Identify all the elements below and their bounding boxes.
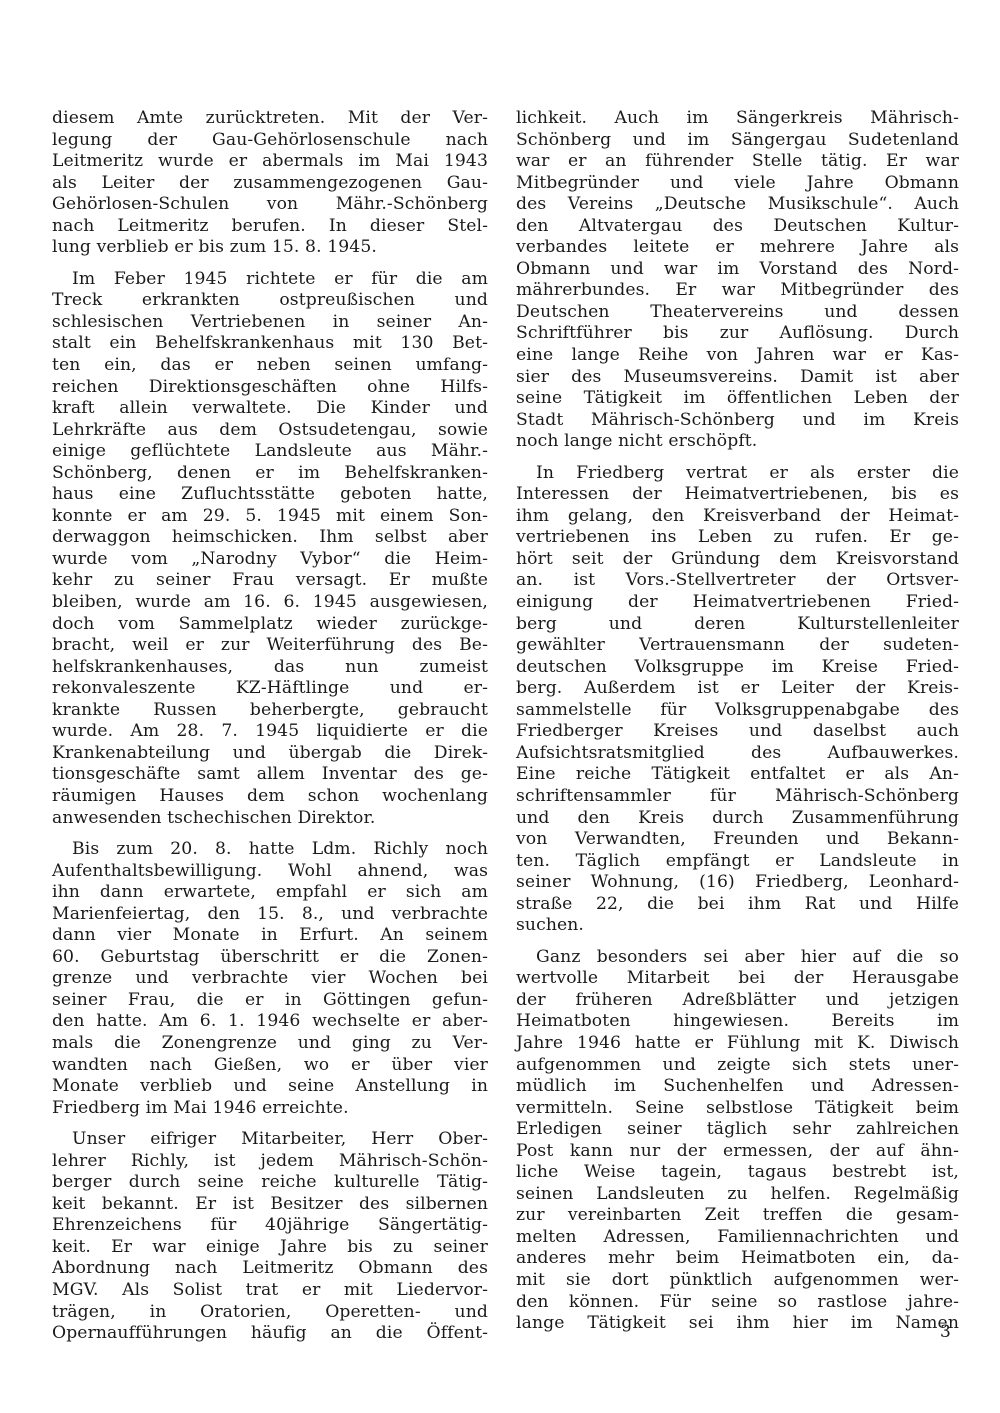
text-line: berger durch seine reiche kulturelle Tät… <box>52 1172 488 1194</box>
text-line: Gehörlosen-Schulen von Mähr.-Schönberg <box>52 194 488 216</box>
paragraph: Unser eifriger Mitarbeiter, Herr Ober-le… <box>52 1129 488 1344</box>
text-line: grenze und verbrachte vier Wochen bei <box>52 968 488 990</box>
text-line: Aufenthaltsbewilligung. Wohl ahnend, was <box>52 861 488 883</box>
text-line: Ganz besonders sei aber hier auf die so <box>516 947 959 969</box>
text-line: Lehrkräfte aus dem Ostsudetengau, sowie <box>52 420 488 442</box>
text-line: mährerbundes. Er war Mitbegründer des <box>516 280 959 302</box>
text-line: hört seit der Gründung dem Kreisvorstand <box>516 549 959 571</box>
text-line: Abordnung nach Leitmeritz Obmann des <box>52 1258 488 1280</box>
text-line: der früheren Adreßblätter und jetzigen <box>516 990 959 1012</box>
text-line: deutschen Volksgruppe im Kreise Fried- <box>516 657 959 679</box>
text-line: seine Tätigkeit im öffentlichen Leben de… <box>516 388 959 410</box>
text-line: konnte er am 29. 5. 1945 mit einem Son- <box>52 506 488 528</box>
paragraph: In Friedberg vertrat er als erster dieIn… <box>516 463 959 937</box>
text-line: Erledigen seiner täglich sehr zahlreiche… <box>516 1119 959 1141</box>
text-line: Post kann nur der ermessen, der auf ähn- <box>516 1141 959 1163</box>
text-line: vermitteln. Seine selbstlose Tätigkeit b… <box>516 1098 959 1120</box>
text-line: derwaggon heimschicken. Ihm selbst aber <box>52 527 488 549</box>
paragraph: diesem Amte zurücktreten. Mit der Ver-le… <box>52 108 488 259</box>
text-line: ten ein, das er neben seinen umfang- <box>52 355 488 377</box>
text-line: Im Feber 1945 richtete er für die am <box>52 269 488 291</box>
text-line: seiner Wohnung, (16) Friedberg, Leonhard… <box>516 872 959 894</box>
text-line: Friedberger Kreises und daselbst auch <box>516 721 959 743</box>
text-line: bracht, weil er zur Weiterführung des Be… <box>52 635 488 657</box>
text-line: Eine reiche Tätigkeit entfaltet er als A… <box>516 764 959 786</box>
text-line: Marienfeiertag, den 15. 8., und verbrach… <box>52 904 488 926</box>
text-line: Opernaufführungen häufig an die Öffent- <box>52 1323 488 1345</box>
text-line: sier des Museumsvereins. Damit ist aber <box>516 367 959 389</box>
text-line: diesem Amte zurücktreten. Mit der Ver- <box>52 108 488 130</box>
text-line: räumigen Hauses dem schon wochenlang <box>52 786 488 808</box>
text-line: bleiben, wurde am 16. 6. 1945 ausgewiese… <box>52 592 488 614</box>
text-line: des Vereins „Deutsche Musikschule“. Auch <box>516 194 959 216</box>
text-line: einige geflüchtete Landsleute aus Mähr.- <box>52 441 488 463</box>
text-line: Stadt Mährisch-Schönberg und im Kreis <box>516 410 959 432</box>
text-line: den können. Für seine so rastlose jahre- <box>516 1292 959 1314</box>
text-line: MGV. Als Solist trat er mit Liedervor- <box>52 1280 488 1302</box>
text-line: Schönberg und im Sängergau Sudetenland <box>516 130 959 152</box>
text-line: kraft allein verwaltete. Die Kinder und <box>52 398 488 420</box>
text-line: keit bekannt. Er ist Besitzer des silber… <box>52 1194 488 1216</box>
text-line: gewählter Vertrauensmann der sudeten- <box>516 635 959 657</box>
text-line: Krankenabteilung und übergab die Direk- <box>52 743 488 765</box>
text-column-right: lichkeit. Auch im Sängerkreis Mährisch-S… <box>516 108 959 1335</box>
text-line: Schönberg, denen er im Behelfskranken- <box>52 463 488 485</box>
paragraph: Im Feber 1945 richtete er für die amTrec… <box>52 269 488 829</box>
text-line: Treck erkrankten ostpreußischen und <box>52 290 488 312</box>
text-line: wertvolle Mitarbeit bei der Herausgabe <box>516 968 959 990</box>
text-line: anwesenden tschechischen Direktor. <box>52 808 488 830</box>
text-line: 60. Geburtstag überschritt er die Zonen- <box>52 947 488 969</box>
text-line: Jahre 1946 hatte er Fühlung mit K. Diwis… <box>516 1033 959 1055</box>
text-line: den Altvatergau des Deutschen Kultur- <box>516 216 959 238</box>
text-line: berg. Außerdem ist er Leiter der Kreis- <box>516 678 959 700</box>
text-line: müdlich im Suchenhelfen und Adressen- <box>516 1076 959 1098</box>
text-line: Obmann und war im Vorstand des Nord- <box>516 259 959 281</box>
text-line: Leitmeritz wurde er abermals im Mai 1943 <box>52 151 488 173</box>
text-line: keit. Er war einige Jahre bis zu seiner <box>52 1237 488 1259</box>
text-line: anderes mehr beim Heimatboten ein, da- <box>516 1248 959 1270</box>
text-line: seinen Landsleuten zu helfen. Regelmäßig <box>516 1184 959 1206</box>
paragraph: Bis zum 20. 8. hatte Ldm. Richly nochAuf… <box>52 839 488 1119</box>
text-line: lehrer Richly, ist jedem Mährisch-Schön- <box>52 1151 488 1173</box>
document-page: diesem Amte zurücktreten. Mit der Ver-le… <box>0 0 1000 1413</box>
text-line: In Friedberg vertrat er als erster die <box>516 463 959 485</box>
text-column-left: diesem Amte zurücktreten. Mit der Ver-le… <box>52 108 488 1345</box>
text-line: haus eine Zufluchtsstätte geboten hatte, <box>52 484 488 506</box>
text-line: wandten nach Gießen, wo er über vier <box>52 1055 488 1077</box>
text-line: helfskrankenhauses, das nun zumeist <box>52 657 488 679</box>
text-line: Ehrenzeichens für 40jährige Sängertätig- <box>52 1215 488 1237</box>
text-line: nach Leitmeritz berufen. In dieser Stel- <box>52 216 488 238</box>
text-line: lange Tätigkeit sei ihm hier im Namen <box>516 1313 959 1335</box>
text-line: Interessen der Heimatvertriebenen, bis e… <box>516 484 959 506</box>
text-line: aufgenommen und zeigte sich stets uner- <box>516 1055 959 1077</box>
text-line: verbandes leitete er mehrere Jahre als <box>516 237 959 259</box>
text-line: liche Weise tagein, tagaus bestrebt ist, <box>516 1162 959 1184</box>
text-line: von Verwandten, Freunden und Bekann- <box>516 829 959 851</box>
text-line: wurde. Am 28. 7. 1945 liquidierte er die <box>52 721 488 743</box>
text-line: Unser eifriger Mitarbeiter, Herr Ober- <box>52 1129 488 1151</box>
paragraph: lichkeit. Auch im Sängerkreis Mährisch-S… <box>516 108 959 453</box>
text-line: berg und deren Kulturstellenleiter <box>516 614 959 636</box>
text-line: noch lange nicht erschöpft. <box>516 431 959 453</box>
text-line: mit sie dort pünktlich aufgenommen wer- <box>516 1270 959 1292</box>
page-number: 3 <box>940 1322 951 1342</box>
text-line: seiner Frau, die er in Göttingen gefun- <box>52 990 488 1012</box>
text-line: stalt ein Behelfskrankenhaus mit 130 Bet… <box>52 333 488 355</box>
text-line: einigung der Heimatvertriebenen Fried- <box>516 592 959 614</box>
text-line: schriftensammler für Mährisch-Schönberg <box>516 786 959 808</box>
text-line: Aufsichtsratsmitglied des Aufbauwerkes. <box>516 743 959 765</box>
text-line: Friedberg im Mai 1946 erreichte. <box>52 1098 488 1120</box>
text-line: eine lange Reihe von Jahren war er Kas- <box>516 345 959 367</box>
text-line: ihm gelang, den Kreisverband der Heimat- <box>516 506 959 528</box>
text-line: wurde vom „Narodny Vybor“ die Heim- <box>52 549 488 571</box>
text-line: rekonvaleszente KZ-Häftlinge und er- <box>52 678 488 700</box>
text-line: ihn dann erwartete, empfahl er sich am <box>52 882 488 904</box>
text-line: melten Adressen, Familiennachrichten und <box>516 1227 959 1249</box>
text-line: lung verblieb er bis zum 15. 8. 1945. <box>52 237 488 259</box>
text-line: legung der Gau-Gehörlosenschule nach <box>52 130 488 152</box>
text-line: war er an führender Stelle tätig. Er war <box>516 151 959 173</box>
paragraph: Ganz besonders sei aber hier auf die sow… <box>516 947 959 1335</box>
text-line: ten. Täglich empfängt er Landsleute in <box>516 851 959 873</box>
text-line: tionsgeschäfte samt allem Inventar des g… <box>52 764 488 786</box>
text-line: als Leiter der zusammengezogenen Gau- <box>52 173 488 195</box>
text-line: schlesischen Vertriebenen in seiner An- <box>52 312 488 334</box>
text-line: trägen, in Oratorien, Operetten- und <box>52 1302 488 1324</box>
text-line: Mitbegründer und viele Jahre Obmann <box>516 173 959 195</box>
text-line: den hatte. Am 6. 1. 1946 wechselte er ab… <box>52 1011 488 1033</box>
text-line: straße 22, die bei ihm Rat und Hilfe <box>516 894 959 916</box>
text-line: suchen. <box>516 915 959 937</box>
text-line: dann vier Monate in Erfurt. An seinem <box>52 925 488 947</box>
text-line: vertriebenen ins Leben zu rufen. Er ge- <box>516 527 959 549</box>
text-line: Schriftführer bis zur Auflösung. Durch <box>516 323 959 345</box>
text-line: lichkeit. Auch im Sängerkreis Mährisch- <box>516 108 959 130</box>
text-line: kehr zu seiner Frau versagt. Er mußte <box>52 570 488 592</box>
text-line: Heimatboten hingewiesen. Bereits im <box>516 1011 959 1033</box>
text-line: Bis zum 20. 8. hatte Ldm. Richly noch <box>52 839 488 861</box>
text-line: Deutschen Theatervereins und dessen <box>516 302 959 324</box>
text-line: krankte Russen beherbergte, gebraucht <box>52 700 488 722</box>
text-line: mals die Zonengrenze und ging zu Ver- <box>52 1033 488 1055</box>
text-line: an. ist Vors.-Stellvertreter der Ortsver… <box>516 570 959 592</box>
text-line: doch vom Sammelplatz wieder zurückge- <box>52 614 488 636</box>
text-line: sammelstelle für Volksgruppenabgabe des <box>516 700 959 722</box>
text-line: und den Kreis durch Zusammenführung <box>516 808 959 830</box>
text-line: zur vereinbarten Zeit treffen die gesam- <box>516 1205 959 1227</box>
text-line: reichen Direktionsgeschäften ohne Hilfs- <box>52 377 488 399</box>
text-line: Monate verblieb und seine Anstellung in <box>52 1076 488 1098</box>
